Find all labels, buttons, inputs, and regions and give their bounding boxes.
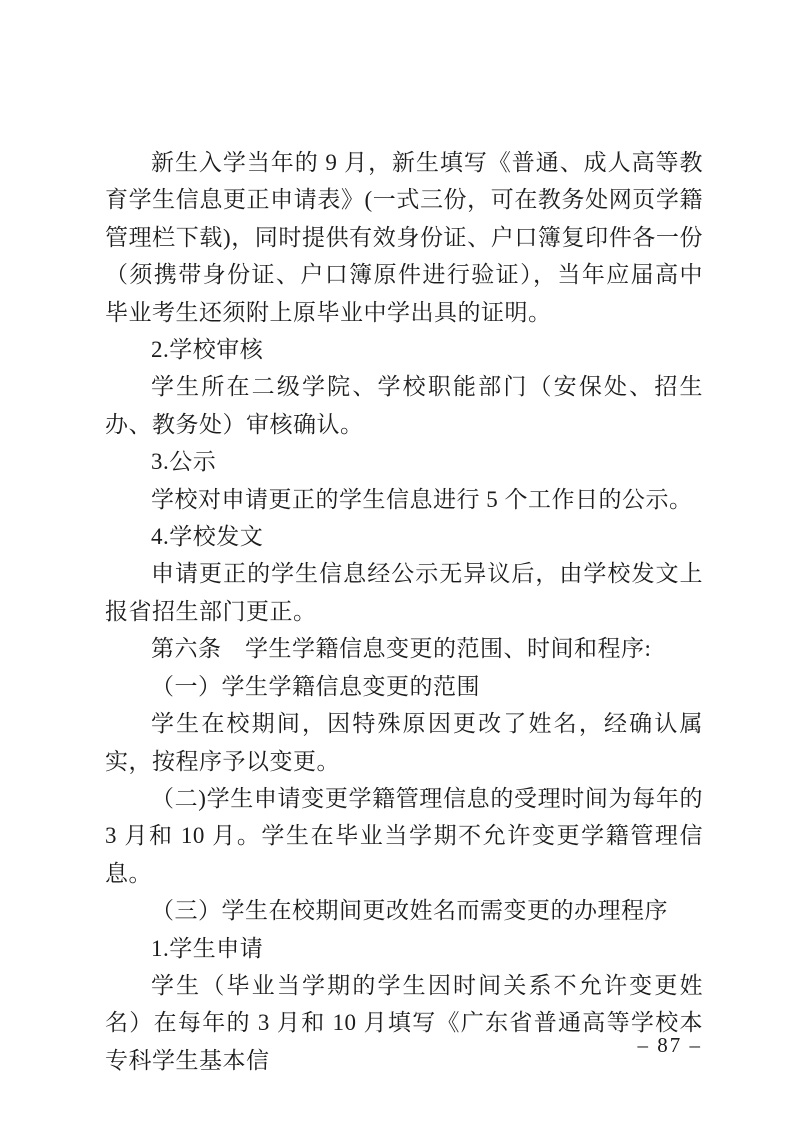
document-body: 新生入学当年的 9 月，新生填写《普通、成人高等教育学生信息更正申请表》(一式三… — [105, 144, 703, 1079]
paragraph-new-student-september: 新生入学当年的 9 月，新生填写《普通、成人高等教育学生信息更正申请表》(一式三… — [105, 144, 703, 331]
paragraph-school-review-detail: 学生所在二级学院、学校职能部门（安保处、招生办、教务处）审核确认。 — [105, 368, 703, 443]
paragraph-student-application-detail: 学生（毕业当学期的学生因时间关系不允许变更姓名）在每年的 3 月和 10 月填写… — [105, 967, 703, 1079]
heading-name-change-procedure: （三）学生在校期间更改姓名而需变更的办理程序 — [105, 892, 703, 929]
paragraph-change-scope-detail: 学生在校期间，因特殊原因更改了姓名，经确认属实，按程序予以变更。 — [105, 705, 703, 780]
heading-change-scope: （一）学生学籍信息变更的范围 — [105, 668, 703, 705]
document-page: 新生入学当年的 9 月，新生填写《普通、成人高等教育学生信息更正申请表》(一式三… — [0, 0, 793, 1122]
paragraph-acceptance-time: （二)学生申请变更学籍管理信息的受理时间为每年的 3 月和 10 月。学生在毕业… — [105, 780, 703, 892]
heading-school-review: 2.学校审核 — [105, 331, 703, 368]
paragraph-public-notice-detail: 学校对申请更正的学生信息进行 5 个工作日的公示。 — [105, 481, 703, 518]
paragraph-school-issue-detail: 申请更正的学生信息经公示无异议后，由学校发文上报省招生部门更正。 — [105, 555, 703, 630]
heading-public-notice: 3.公示 — [105, 443, 703, 480]
heading-article-six: 第六条 学生学籍信息变更的范围、时间和程序: — [105, 630, 703, 667]
heading-school-issue-document: 4.学校发文 — [105, 518, 703, 555]
page-number: – 87 – — [638, 1032, 703, 1058]
heading-student-application: 1.学生申请 — [105, 930, 703, 967]
